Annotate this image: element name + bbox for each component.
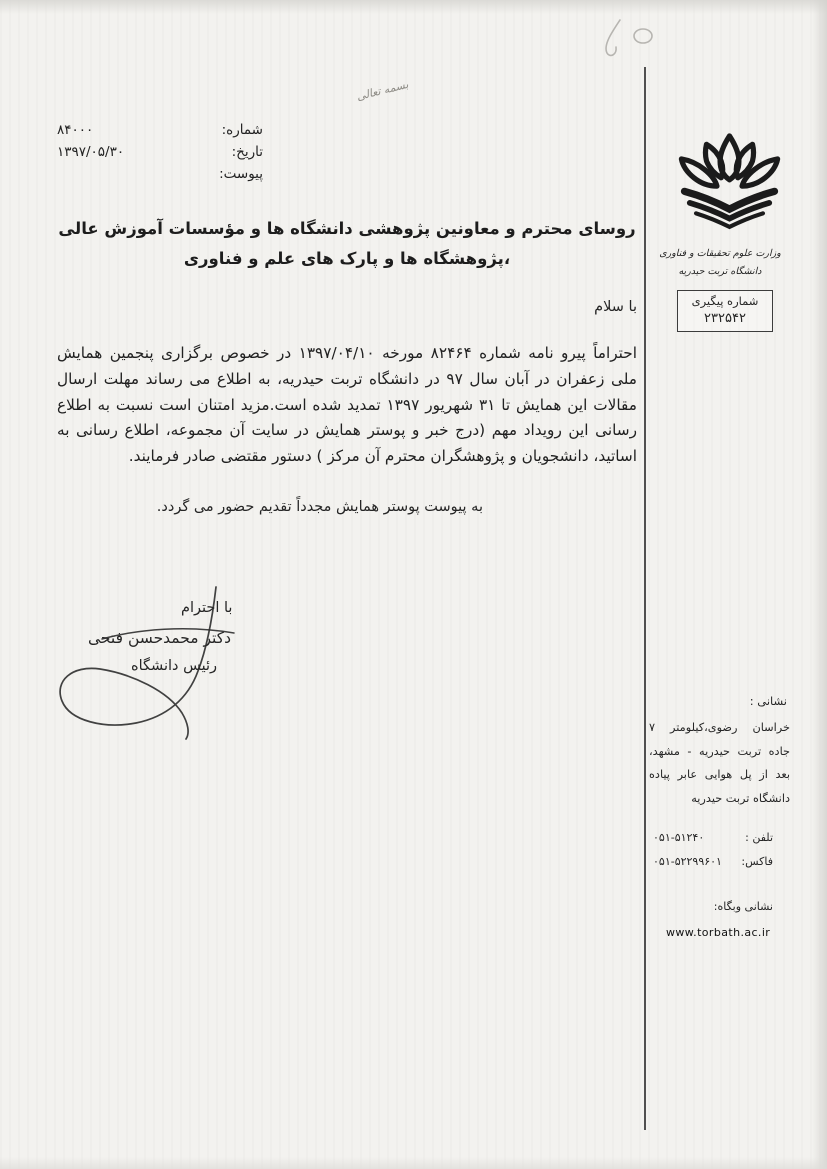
website-url: www.torbath.ac.ir xyxy=(666,926,770,939)
recipient-title: روسای محترم و معاونین پژوهشی دانشگاه ها … xyxy=(57,214,637,274)
website-label: نشانی وبگاه: xyxy=(714,900,773,913)
address-label: نشانی : xyxy=(750,694,787,708)
phone-value: ۰۵۱-۵۱۲۴۰ xyxy=(653,831,704,844)
emblem-caption: وزارت علوم تحقیقات و فناوری دانشگاه تربت… xyxy=(645,245,795,281)
fax-value: ۰۵۱-۵۲۲۹۹۶۰۱ xyxy=(653,855,722,868)
contact-block: تلفن : ۰۵۱-۵۱۲۴۰ فاکس: ۰۵۱-۵۲۲۹۹۶۰۱ xyxy=(653,831,773,868)
salutation: با سلام xyxy=(594,299,637,315)
tracking-number-value: ۲۳۲۵۴۲ xyxy=(680,311,770,326)
handwritten-signature-icon xyxy=(48,583,298,743)
phone-row: تلفن : ۰۵۱-۵۱۲۴۰ xyxy=(653,831,773,844)
letter-date-value: ۱۳۹۷/۰۵/۳۰ xyxy=(57,144,124,160)
letter-attachment-label: پیوست: xyxy=(219,166,263,182)
letter-header-fields: شماره: ۸۴۰۰۰ تاریخ: ۱۳۹۷/۰۵/۳۰ پیوست: xyxy=(57,122,263,188)
tracking-number-label: شماره پیگیری xyxy=(680,294,770,308)
address-text: خراسان رضوی،کیلومتر ۷ جاده تربت حیدریه -… xyxy=(649,716,790,810)
ministry-emblem-icon xyxy=(672,127,787,239)
letter-attachment-row: پیوست: xyxy=(57,166,263,182)
scan-edge-right xyxy=(812,0,827,1169)
scan-edge-bottom xyxy=(0,1157,827,1169)
bismillah-calligraphy: بسمه تعالی xyxy=(355,78,409,103)
fax-row: فاکس: ۰۵۱-۵۲۲۹۹۶۰۱ xyxy=(653,855,773,868)
letter-number-row: شماره: ۸۴۰۰۰ xyxy=(57,122,263,138)
handwritten-mark-icon xyxy=(590,14,662,70)
letter-number-label: شماره: xyxy=(222,122,263,138)
letter-number-value: ۸۴۰۰۰ xyxy=(57,122,93,138)
letter-body: احتراماً پیرو نامه شماره ۸۲۴۶۴ مورخه ۱۳۹… xyxy=(57,341,637,470)
attachment-note: به پیوست پوستر همایش مجدداً تقدیم حضور م… xyxy=(157,499,483,515)
tracking-number-box: شماره پیگیری ۲۳۲۵۴۲ xyxy=(677,290,773,332)
letter-date-row: تاریخ: ۱۳۹۷/۰۵/۳۰ xyxy=(57,144,263,160)
university-name: دانشگاه تربت حیدریه xyxy=(645,263,795,281)
fax-label: فاکس: xyxy=(741,855,773,868)
letter-date-label: تاریخ: xyxy=(232,144,263,160)
scan-edge-top xyxy=(0,0,827,14)
sidebar-divider-line xyxy=(644,67,646,1130)
scanned-letter-page: بسمه تعالی شماره: ۸۴۰۰۰ تاریخ: ۱۳۹۷/۰۵/۳… xyxy=(0,0,827,1169)
ministry-name: وزارت علوم تحقیقات و فناوری xyxy=(645,245,795,263)
phone-label: تلفن : xyxy=(745,831,773,844)
